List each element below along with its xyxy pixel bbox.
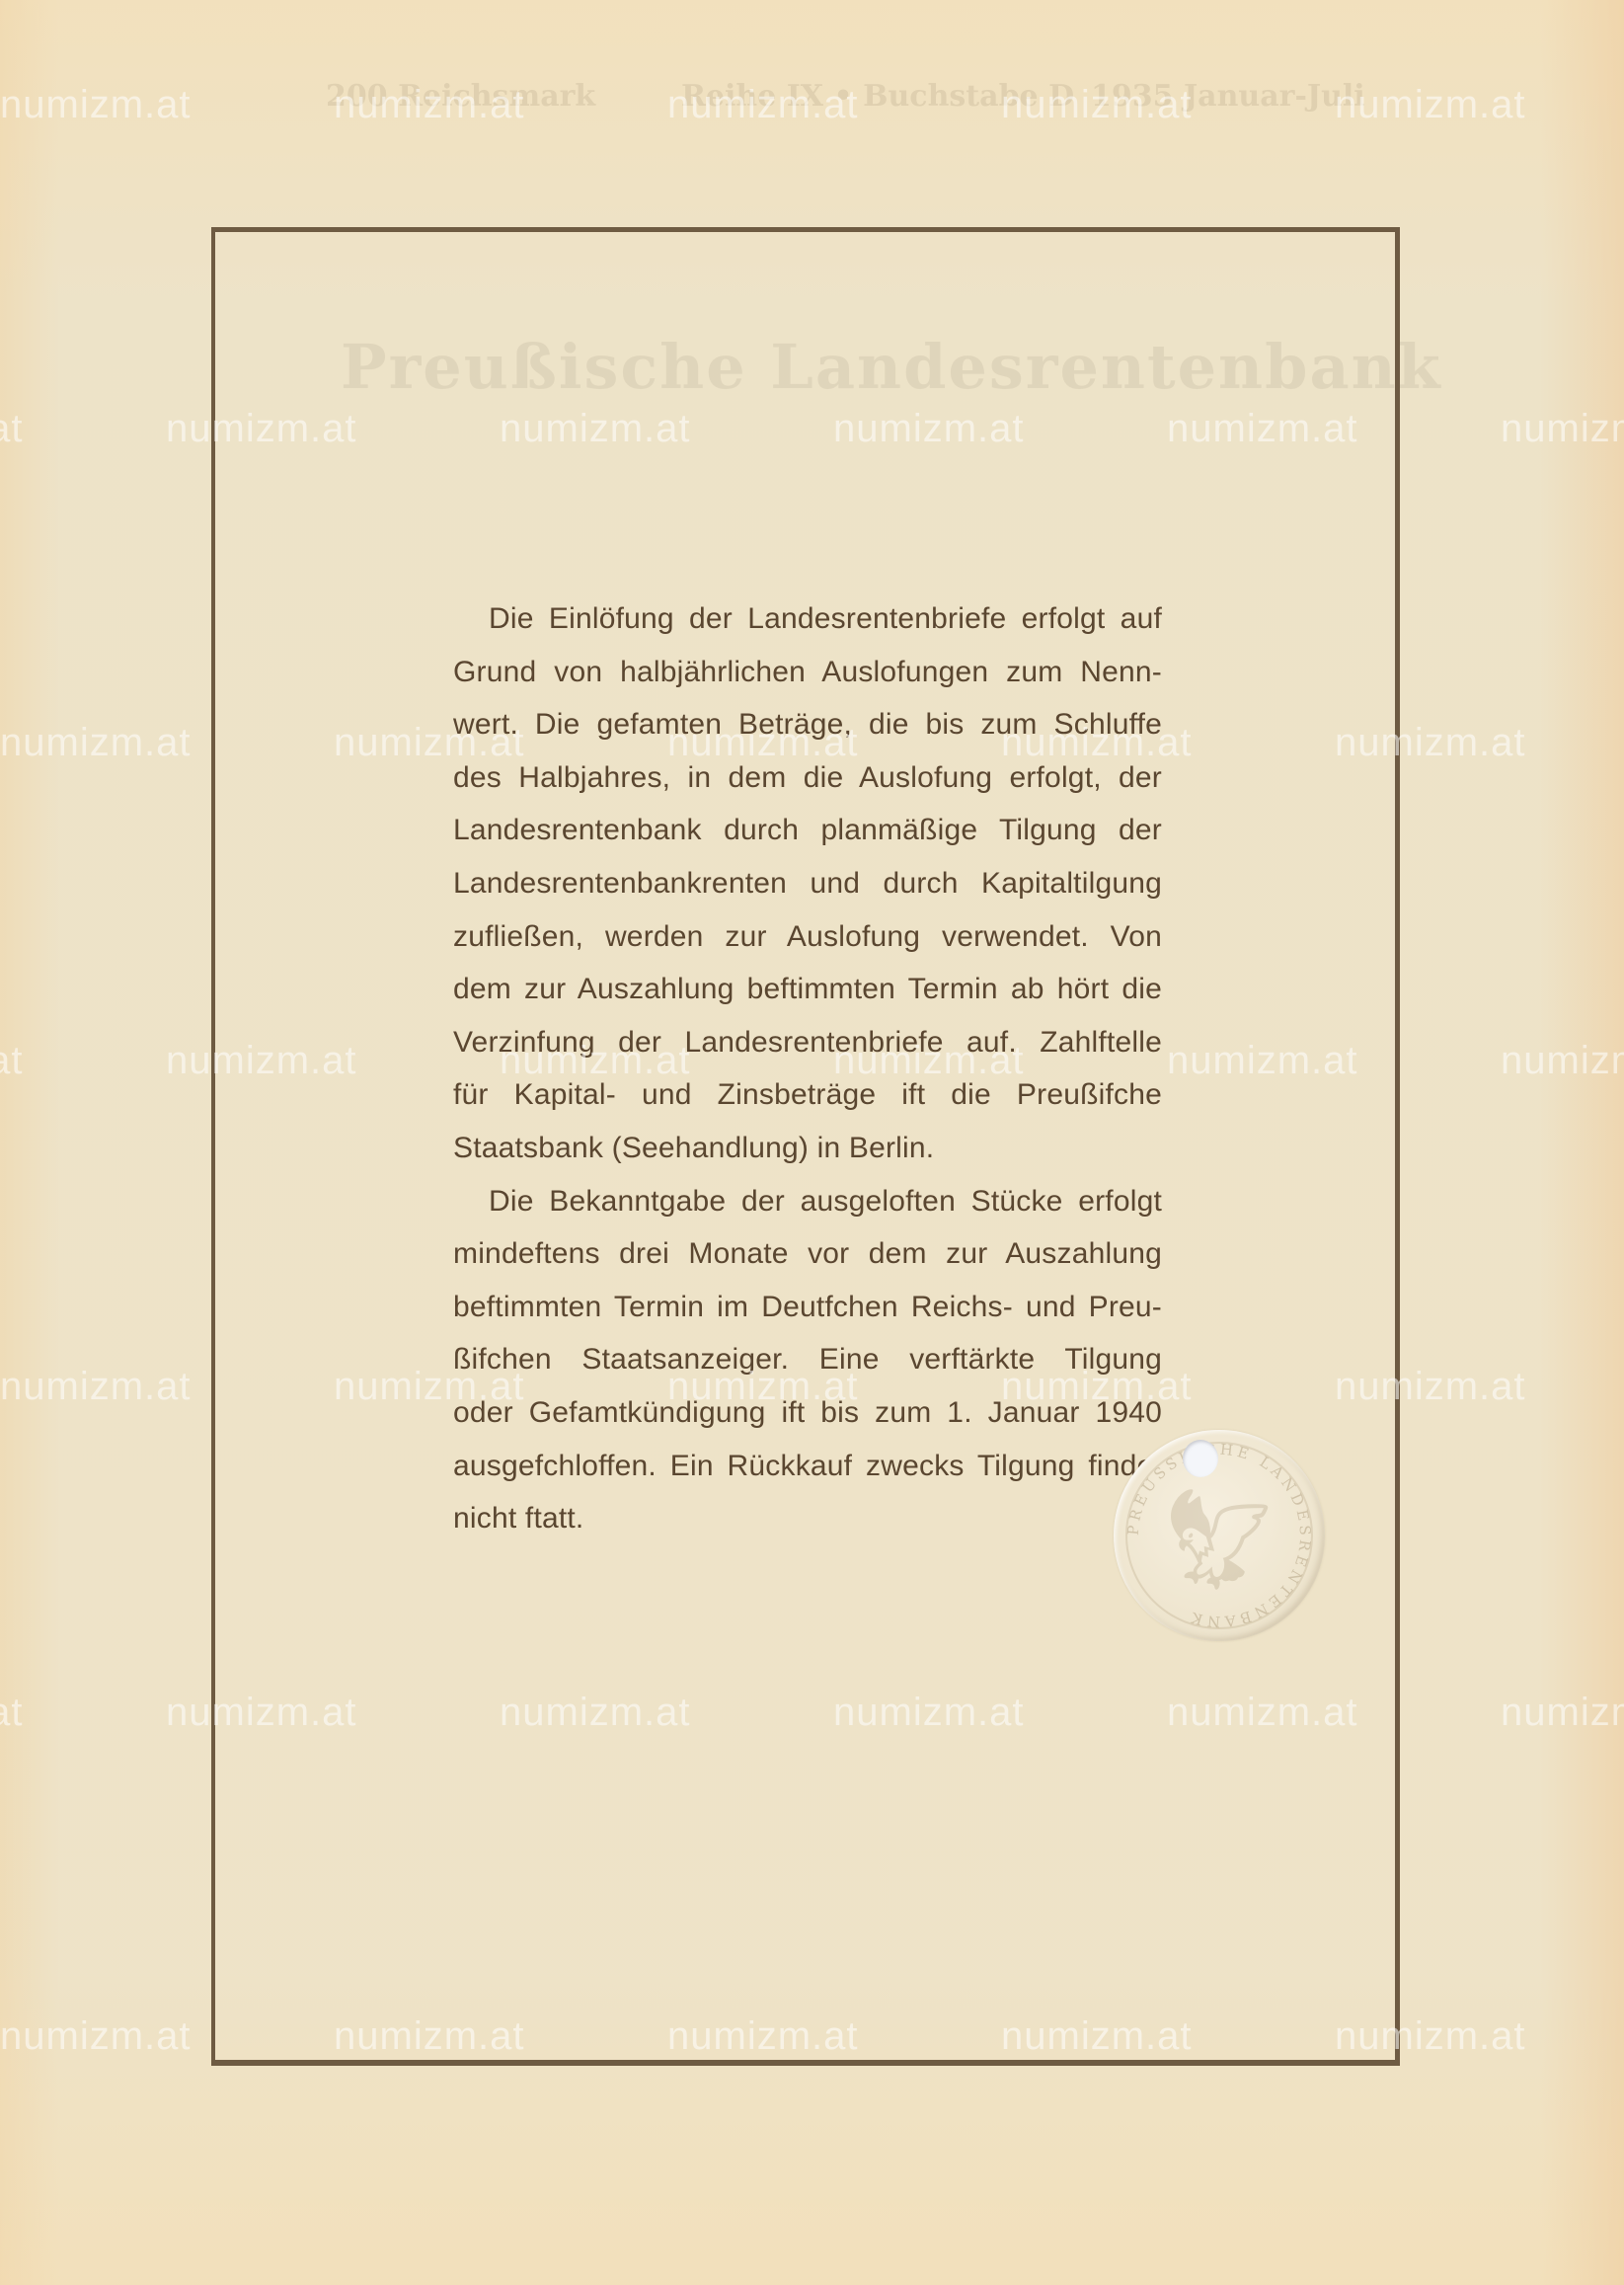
watermark-text: numizm.at	[0, 1039, 24, 1083]
text-line: Landesrentenbankrenten und durch Kapital…	[453, 857, 1162, 910]
watermark-text: numizm.at	[1501, 1039, 1624, 1083]
embossed-seal: PREUSSISCHE LANDESRENTENBANK 🦅︎	[1114, 1430, 1325, 1641]
text-line: oder Gefamtkündigung ift bis zum 1. Janu…	[453, 1386, 1162, 1440]
text-line: ßifchen Staatsanzeiger. Eine verftärkte …	[453, 1333, 1162, 1386]
watermark-text: numizm.at	[0, 83, 192, 127]
text-line: dem zur Auszahlung beftimmten Termin ab …	[453, 963, 1162, 1016]
text-line: nicht ftatt.	[453, 1492, 1162, 1545]
text-line: beftimmten Termin im Deutfchen Reichs- u…	[453, 1281, 1162, 1334]
watermark-text: numizm.at	[0, 721, 192, 765]
text-line: Verzinfung der Landesrentenbriefe auf. Z…	[453, 1016, 1162, 1069]
showthrough-date: 1935 Januar-Juli	[1091, 79, 1365, 114]
punch-hole	[1183, 1440, 1218, 1477]
text-line: Staatsbank (Seehandlung) in Berlin.	[453, 1122, 1162, 1175]
text-line: Die Bekanntgabe der ausgeloften Stücke e…	[453, 1175, 1162, 1228]
watermark-text: numizm.at	[0, 2014, 192, 2059]
text-line: mindeftens drei Monate vor dem zur Ausza…	[453, 1227, 1162, 1281]
text-line: für Kapital- und Zinsbeträge ift die Pre…	[453, 1068, 1162, 1122]
text-line: wert. Die gefamten Beträge, die bis zum …	[453, 698, 1162, 751]
terms-text: Die Einlöfung der Landesrentenbriefe erf…	[453, 592, 1162, 1545]
watermark-text: numizm.at	[1501, 1691, 1624, 1735]
showthrough-amount: 200 Reichsmark	[326, 79, 595, 114]
watermark-text: numizm.at	[0, 1365, 192, 1409]
watermark-text: numizm.at	[0, 1691, 24, 1735]
text-line: zufließen, werden zur Auslofung verwende…	[453, 910, 1162, 964]
paragraph-announcement: Die Bekanntgabe der ausgeloften Stücke e…	[453, 1175, 1162, 1545]
text-line: Die Einlöfung der Landesrentenbriefe erf…	[453, 592, 1162, 646]
showthrough-series: Reihe IX • Buchstabe D	[681, 79, 1074, 114]
paragraph-redemption: Die Einlöfung der Landesrentenbriefe erf…	[453, 592, 1162, 1175]
text-line: Grund von halbjährlichen Auslofungen zum…	[453, 646, 1162, 699]
text-line: ausgefchloffen. Ein Rückkauf zwecks Tilg…	[453, 1440, 1162, 1493]
watermark-text: numizm.at	[0, 407, 24, 451]
text-line: Landesrentenbank durch planmäßige Tilgun…	[453, 804, 1162, 857]
text-line: des Halbjahres, in dem die Auslofung erf…	[453, 751, 1162, 805]
eagle-icon: 🦅︎	[1157, 1490, 1282, 1589]
watermark-text: numizm.at	[1501, 407, 1624, 451]
